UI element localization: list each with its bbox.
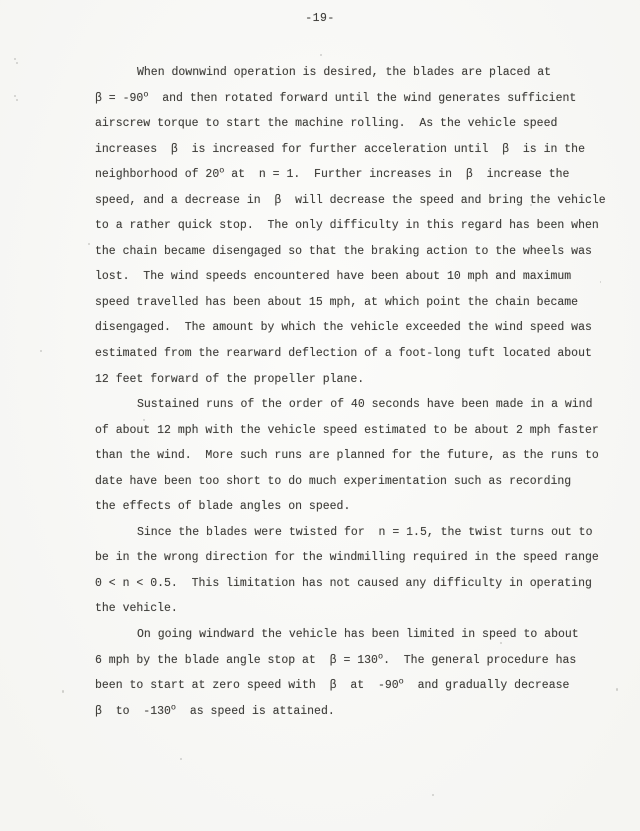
scan-speckle xyxy=(530,204,532,206)
text-line: lost. The wind speeds encountered have b… xyxy=(95,264,625,290)
text-line: β = -90o and then rotated forward until … xyxy=(95,86,625,112)
text-line: of about 12 mph with the vehicle speed e… xyxy=(95,418,625,444)
text-line: airscrew torque to start the machine rol… xyxy=(95,111,625,137)
text-line: the vehicle. xyxy=(95,596,625,622)
text-line: speed travelled has been about 15 mph, a… xyxy=(95,290,625,316)
text-line: the effects of blade angles on speed. xyxy=(95,494,625,520)
text-line: estimated from the rearward deflection o… xyxy=(95,341,625,367)
text-line: β to -130o as speed is attained. xyxy=(95,699,625,725)
text-line: disengaged. The amount by which the vehi… xyxy=(95,315,625,341)
text-line: been to start at zero speed with β at -9… xyxy=(95,673,625,699)
text-line: 12 feet forward of the propeller plane. xyxy=(95,367,625,393)
text-line: date have been too short to do much expe… xyxy=(95,469,625,495)
text-line: than the wind. More such runs are planne… xyxy=(95,443,625,469)
scan-speckle xyxy=(88,243,90,245)
scan-speckle xyxy=(616,688,618,691)
text-line: 0 < n < 0.5. This limitation has not cau… xyxy=(95,571,625,597)
page-number: -19- xyxy=(0,12,640,25)
scan-speckle xyxy=(16,99,18,101)
typewritten-page: -19- When downwind operation is desired,… xyxy=(0,0,640,831)
text-line: speed, and a decrease in β will decrease… xyxy=(95,188,625,214)
scan-speckle xyxy=(16,62,18,64)
scan-speckle xyxy=(600,281,601,283)
scan-speckle xyxy=(62,690,64,693)
text-line: increases β is increased for further acc… xyxy=(95,137,625,163)
scan-speckle xyxy=(40,350,42,352)
text-line: Since the blades were twisted for n = 1.… xyxy=(95,520,625,546)
scan-speckle xyxy=(432,794,434,796)
scan-speckle xyxy=(14,95,16,97)
scan-speckle xyxy=(180,758,182,760)
text-line: to a rather quick stop. The only difficu… xyxy=(95,213,625,239)
text-line: the chain became disengaged so that the … xyxy=(95,239,625,265)
scan-speckle xyxy=(143,419,145,421)
scan-speckle xyxy=(500,642,502,644)
text-line: neighborhood of 20o at n = 1. Further in… xyxy=(95,162,625,188)
text-line: 6 mph by the blade angle stop at β = 130… xyxy=(95,648,625,674)
text-line: When downwind operation is desired, the … xyxy=(95,60,625,86)
scan-speckle xyxy=(320,54,322,56)
text-line: On going windward the vehicle has been l… xyxy=(95,622,625,648)
text-line: Sustained runs of the order of 40 second… xyxy=(95,392,625,418)
scan-speckle xyxy=(14,58,16,60)
document-body: When downwind operation is desired, the … xyxy=(95,60,625,724)
text-line: be in the wrong direction for the windmi… xyxy=(95,545,625,571)
